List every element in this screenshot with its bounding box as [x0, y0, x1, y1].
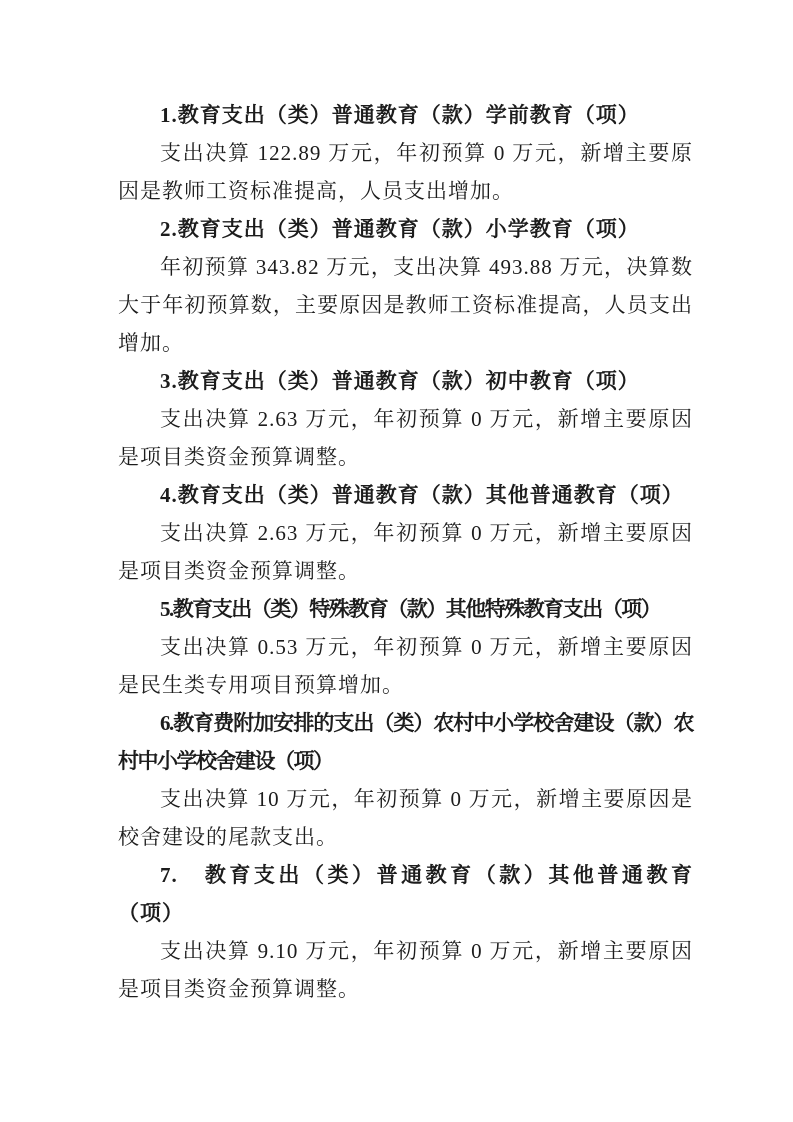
- section-5-paragraph: 支出决算 0.53 万元，年初预算 0 万元，新增主要原因是民生类专用项目预算增…: [118, 628, 693, 704]
- section-6-heading: 6.教育费附加安排的支出（类）农村中小学校舍建设（款）农村中小学校舍建设（项）: [118, 704, 693, 780]
- section-2-paragraph: 年初预算 343.82 万元，支出决算 493.88 万元，决算数大于年初预算数…: [118, 248, 693, 362]
- section-1-heading: 1.教育支出（类）普通教育（款）学前教育（项）: [118, 96, 693, 134]
- document-page: 1.教育支出（类）普通教育（款）学前教育（项） 支出决算 122.89 万元，年…: [0, 0, 793, 1122]
- section-7-paragraph: 支出决算 9.10 万元，年初预算 0 万元，新增主要原因是项目类资金预算调整。: [118, 932, 693, 1008]
- section-3-paragraph: 支出决算 2.63 万元，年初预算 0 万元，新增主要原因是项目类资金预算调整。: [118, 400, 693, 476]
- section-5-heading: 5.教育支出（类）特殊教育（款）其他特殊教育支出（项）: [118, 590, 693, 628]
- section-4-paragraph: 支出决算 2.63 万元，年初预算 0 万元，新增主要原因是项目类资金预算调整。: [118, 514, 693, 590]
- section-1-paragraph: 支出决算 122.89 万元，年初预算 0 万元，新增主要原因是教师工资标准提高…: [118, 134, 693, 210]
- section-7-heading: 7. 教育支出（类）普通教育（款）其他普通教育（项）: [118, 856, 693, 932]
- section-6-paragraph: 支出决算 10 万元，年初预算 0 万元，新增主要原因是校舍建设的尾款支出。: [118, 780, 693, 856]
- section-3-heading: 3.教育支出（类）普通教育（款）初中教育（项）: [118, 362, 693, 400]
- section-2-heading: 2.教育支出（类）普通教育（款）小学教育（项）: [118, 210, 693, 248]
- document-content: 1.教育支出（类）普通教育（款）学前教育（项） 支出决算 122.89 万元，年…: [118, 96, 693, 1008]
- section-4-heading: 4.教育支出（类）普通教育（款）其他普通教育（项）: [118, 476, 693, 514]
